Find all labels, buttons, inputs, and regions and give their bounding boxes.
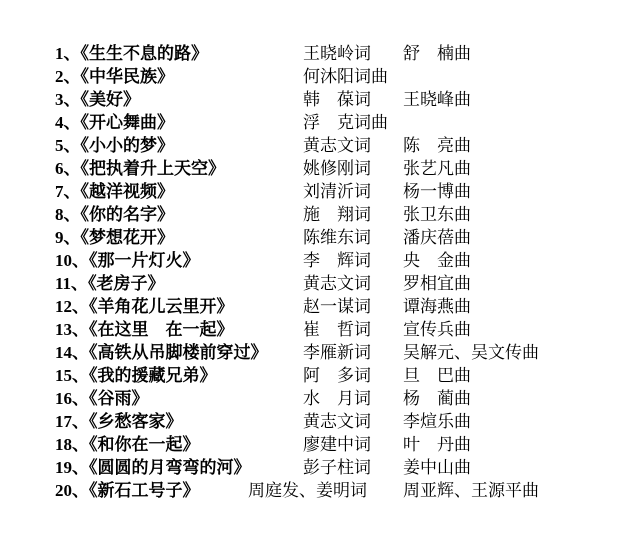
song-number: 7、: [55, 182, 81, 201]
song-row: 1、《生生不息的路》 王晓岭词 舒 楠曲: [55, 42, 640, 65]
song-composer: 姜中山曲: [403, 456, 640, 479]
song-composer: [403, 65, 640, 88]
song-row: 6、《把执着升上天空》 姚修刚词 张艺凡曲: [55, 157, 640, 180]
song-composer: 王晓峰曲: [403, 88, 640, 111]
song-number: 18、: [55, 435, 89, 454]
song-lyricist: 黄志文词: [303, 272, 403, 295]
song-composer: 杨一博曲: [403, 180, 640, 203]
song-row: 9、《梦想花开》 陈维东词 潘庆蓓曲: [55, 226, 640, 249]
song-composer: [403, 111, 640, 134]
song-number: 10、: [55, 251, 89, 270]
song-composer: 宣传兵曲: [403, 318, 640, 341]
song-lyricist: 廖建中词: [303, 433, 403, 456]
song-number: 3、: [55, 90, 81, 109]
song-lyricist: 黄志文词: [303, 134, 403, 157]
song-title: 《谷雨》: [89, 389, 149, 408]
song-composer: 谭海燕曲: [403, 295, 640, 318]
song-title: 《那一片灯火》: [89, 251, 200, 270]
song-row: 13、《在这里 在一起》 崔 哲词 宣传兵曲: [55, 318, 640, 341]
song-lyricist: 李雁新词: [303, 341, 403, 364]
song-row: 11、《老房子》 黄志文词 罗相宜曲: [55, 272, 640, 295]
song-row: 17、《乡愁客家》 黄志文词 李煊乐曲: [55, 410, 640, 433]
song-number-title: 1、《生生不息的路》: [55, 42, 303, 65]
song-title: 《新石工号子》: [89, 481, 200, 500]
song-composer: 旦 巴曲: [403, 364, 640, 387]
song-lyricist: 姚修刚词: [303, 157, 403, 180]
song-composer: 潘庆蓓曲: [403, 226, 640, 249]
song-number: 8、: [55, 205, 81, 224]
song-number: 14、: [55, 343, 89, 362]
song-composer: 央 金曲: [403, 249, 640, 272]
song-number: 4、: [55, 113, 81, 132]
song-number: 2、: [55, 67, 81, 86]
song-lyricist: 赵一谋词: [303, 295, 403, 318]
song-lyricist: 李 辉词: [303, 249, 403, 272]
song-number-title: 6、《把执着升上天空》: [55, 157, 303, 180]
song-composer: 张艺凡曲: [403, 157, 640, 180]
song-number: 1、: [55, 44, 81, 63]
song-lyricist: 韩 葆词: [303, 88, 403, 111]
song-row: 3、《美好》 韩 葆词 王晓峰曲: [55, 88, 640, 111]
song-number-title: 12、《羊角花儿云里开》: [55, 295, 303, 318]
song-number: 6、: [55, 159, 81, 178]
song-number: 17、: [55, 412, 89, 431]
song-title: 《在这里 在一起》: [89, 320, 234, 339]
song-lyricist: 施 翔词: [303, 203, 403, 226]
song-lyricist: 刘清沂词: [303, 180, 403, 203]
song-row: 10、《那一片灯火》 李 辉词 央 金曲: [55, 249, 640, 272]
song-number-title: 7、《越洋视频》: [55, 180, 303, 203]
song-title: 《和你在一起》: [89, 435, 200, 454]
song-number: 16、: [55, 389, 89, 408]
song-number-title: 16、《谷雨》: [55, 387, 303, 410]
song-list: 1、《生生不息的路》 王晓岭词 舒 楠曲 2、《中华民族》 何沐阳词曲 3、《美…: [0, 0, 640, 502]
song-number-title: 14、《高铁从吊脚楼前穿过》: [55, 341, 303, 364]
song-row: 4、《开心舞曲》 浮 克词曲: [55, 111, 640, 134]
song-number-title: 2、《中华民族》: [55, 65, 303, 88]
song-number-title: 4、《开心舞曲》: [55, 111, 303, 134]
song-number-title: 3、《美好》: [55, 88, 303, 111]
song-composer: 叶 丹曲: [403, 433, 640, 456]
song-row: 18、《和你在一起》 廖建中词 叶 丹曲: [55, 433, 640, 456]
song-lyricist: 黄志文词: [303, 410, 403, 433]
song-number: 5、: [55, 136, 81, 155]
song-composer: 吴解元、吴文传曲: [403, 341, 640, 364]
song-composer: 杨 蔺曲: [403, 387, 640, 410]
song-row: 20、《新石工号子》 周庭发、姜明词 周亚辉、王源平曲: [55, 479, 640, 502]
song-title: 《美好》: [81, 90, 141, 109]
song-number-title: 8、《你的名字》: [55, 203, 303, 226]
song-row: 15、《我的援藏兄弟》 阿 多词 旦 巴曲: [55, 364, 640, 387]
song-lyricist: 彭子柱词: [303, 456, 403, 479]
song-title: 《我的援藏兄弟》: [89, 366, 217, 385]
song-number-title: 10、《那一片灯火》: [55, 249, 303, 272]
song-row: 2、《中华民族》 何沐阳词曲: [55, 65, 640, 88]
song-number-title: 18、《和你在一起》: [55, 433, 303, 456]
song-number-title: 13、《在这里 在一起》: [55, 318, 303, 341]
song-title: 《乡愁客家》: [89, 412, 183, 431]
song-title: 《梦想花开》: [81, 228, 175, 247]
song-composer: 周亚辉、王源平曲: [403, 479, 640, 502]
song-title: 《越洋视频》: [81, 182, 175, 201]
song-title: 《高铁从吊脚楼前穿过》: [89, 343, 268, 362]
song-lyricist: 阿 多词: [303, 364, 403, 387]
song-lyricist: 何沐阳词曲: [303, 65, 403, 88]
song-lyricist: 浮 克词曲: [303, 111, 403, 134]
song-number: 9、: [55, 228, 81, 247]
song-number-title: 5、《小小的梦》: [55, 134, 303, 157]
song-title: 《圆圆的月弯弯的河》: [89, 458, 251, 477]
song-lyricist: 王晓岭词: [303, 42, 403, 65]
song-title: 《你的名字》: [81, 205, 175, 224]
song-row: 8、《你的名字》 施 翔词 张卫东曲: [55, 203, 640, 226]
song-composer: 张卫东曲: [403, 203, 640, 226]
song-title: 《羊角花儿云里开》: [89, 297, 234, 316]
song-title: 《老房子》: [88, 274, 165, 293]
song-number: 11、: [55, 274, 88, 293]
song-row: 19、《圆圆的月弯弯的河》 彭子柱词 姜中山曲: [55, 456, 640, 479]
song-number-title: 17、《乡愁客家》: [55, 410, 303, 433]
song-number-title: 19、《圆圆的月弯弯的河》: [55, 456, 303, 479]
song-lyricist: 水 月词: [303, 387, 403, 410]
song-number: 20、: [55, 481, 89, 500]
song-number: 12、: [55, 297, 89, 316]
song-title: 《中华民族》: [81, 67, 175, 86]
song-composer: 李煊乐曲: [403, 410, 640, 433]
song-number-title: 15、《我的援藏兄弟》: [55, 364, 303, 387]
song-row: 5、《小小的梦》 黄志文词 陈 亮曲: [55, 134, 640, 157]
song-title: 《开心舞曲》: [81, 113, 175, 132]
song-title: 《小小的梦》: [81, 136, 175, 155]
song-number-title: 11、《老房子》: [55, 272, 303, 295]
song-row: 7、《越洋视频》 刘清沂词 杨一博曲: [55, 180, 640, 203]
song-row: 16、《谷雨》 水 月词 杨 蔺曲: [55, 387, 640, 410]
song-composer: 舒 楠曲: [403, 42, 640, 65]
song-composer: 陈 亮曲: [403, 134, 640, 157]
song-lyricist: 周庭发、姜明词: [303, 479, 403, 502]
song-lyricist: 崔 哲词: [303, 318, 403, 341]
song-composer: 罗相宜曲: [403, 272, 640, 295]
song-lyricist: 陈维东词: [303, 226, 403, 249]
song-number: 13、: [55, 320, 89, 339]
song-title: 《把执着升上天空》: [81, 159, 226, 178]
song-title: 《生生不息的路》: [81, 44, 209, 63]
song-row: 12、《羊角花儿云里开》 赵一谋词 谭海燕曲: [55, 295, 640, 318]
song-number: 15、: [55, 366, 89, 385]
song-row: 14、《高铁从吊脚楼前穿过》 李雁新词 吴解元、吴文传曲: [55, 341, 640, 364]
song-number: 19、: [55, 458, 89, 477]
song-number-title: 9、《梦想花开》: [55, 226, 303, 249]
